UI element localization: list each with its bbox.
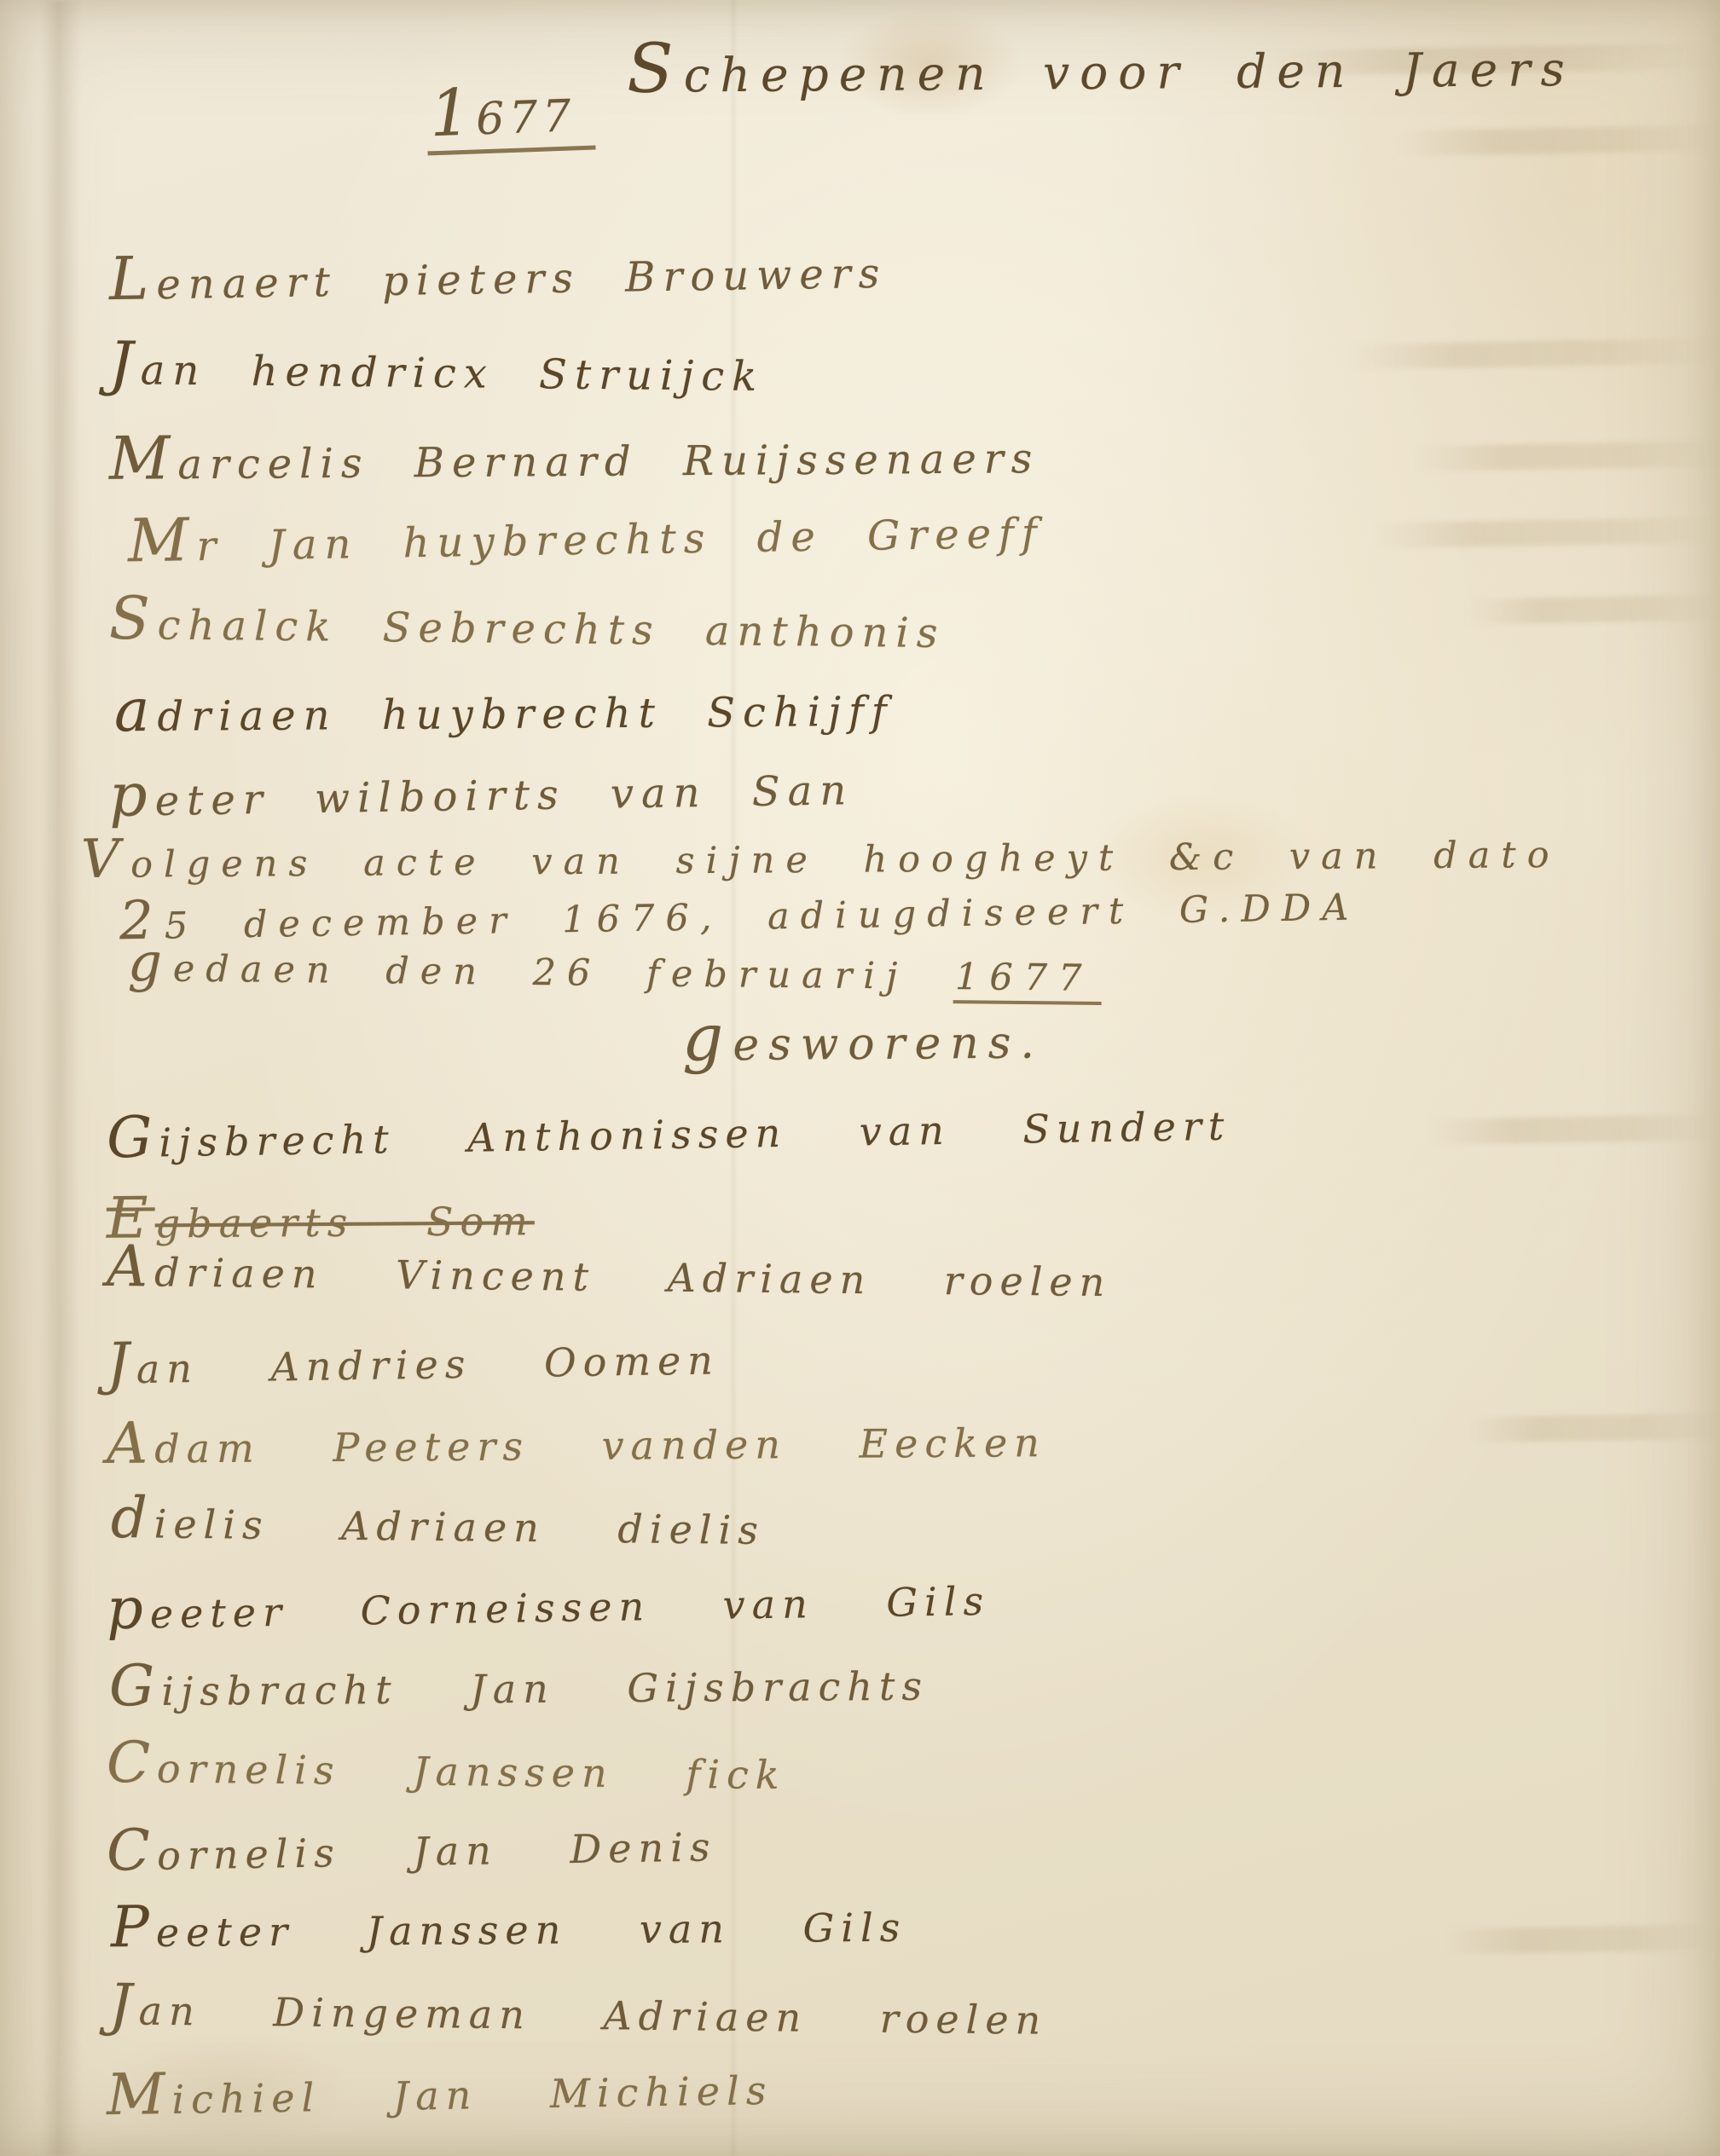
paper-crease <box>732 0 735 2156</box>
gesworens-heading: gesworens. <box>682 998 1044 1076</box>
gesworens-entry: Michiel Jan Michiels <box>106 2051 773 2128</box>
schepenen-entry: adriaen huybrecht Schijff <box>114 671 895 745</box>
schepenen-entry: Jan hendricx Struijck <box>109 329 765 405</box>
gesworens-entry: peeter Corneissen van Gils <box>106 1562 990 1642</box>
gesworens-entry: Adam Peeters vanden Eecken <box>107 1403 1046 1477</box>
gesworens-entry: Cornelis Jan Denis <box>106 1807 717 1883</box>
note-line-text: gedaen den 26 februarij <box>128 947 954 998</box>
schepenen-entry: Schalck Sebrechts anthonis <box>109 584 946 662</box>
gesworens-entry: Jan Andries Oomen <box>106 1321 720 1396</box>
ink-bleedthrough <box>1427 1114 1717 1145</box>
schepenen-entry: Marcelis Bernard Ruijssenaers <box>109 418 1040 494</box>
ink-bleedthrough <box>1464 1413 1720 1442</box>
gesworens-entry: Adriaen Vincent Adriaen roelen <box>107 1233 1112 1309</box>
schepenen-entry: peter wilboirts van San <box>108 749 854 830</box>
ink-bleedthrough <box>1442 1924 1715 1955</box>
gesworens-entry: Peeter Janssen van Gils <box>111 1888 907 1961</box>
gesworens-entry: dielis Adriaen dielis <box>111 1484 766 1558</box>
paper-fold-shadow <box>41 0 80 2156</box>
ink-bleedthrough <box>1464 594 1720 624</box>
title-year-underlined: 1677 <box>425 71 595 156</box>
note-line: gedaen den 26 februarij 1677 <box>128 931 1102 1003</box>
gesworens-entry: Cornelis Janssen fick <box>107 1729 787 1802</box>
ink-bleedthrough <box>1413 441 1720 471</box>
ink-bleedthrough <box>1348 338 1715 369</box>
ink-bleedthrough <box>1396 125 1720 157</box>
page-title: Schepenen voor den Jaers <box>627 22 1575 108</box>
gesworens-entry: Gijsbracht Jan Gijsbrachts <box>109 1647 929 1720</box>
schepenen-entry: Mr Jan huybrechts de Greeff <box>127 493 1045 576</box>
manuscript-page: Schepenen voor den Jaers 1677 Lenaert pi… <box>0 0 1720 2156</box>
gesworens-entry: Jan Dingeman Adriaen roelen <box>109 1971 1048 2048</box>
gesworens-entry: Gijsbrecht Anthonissen van Sundert <box>106 1087 1231 1171</box>
ink-bleedthrough <box>1372 517 1713 549</box>
schepenen-entry: Lenaert pieters Brouwers <box>108 233 887 314</box>
